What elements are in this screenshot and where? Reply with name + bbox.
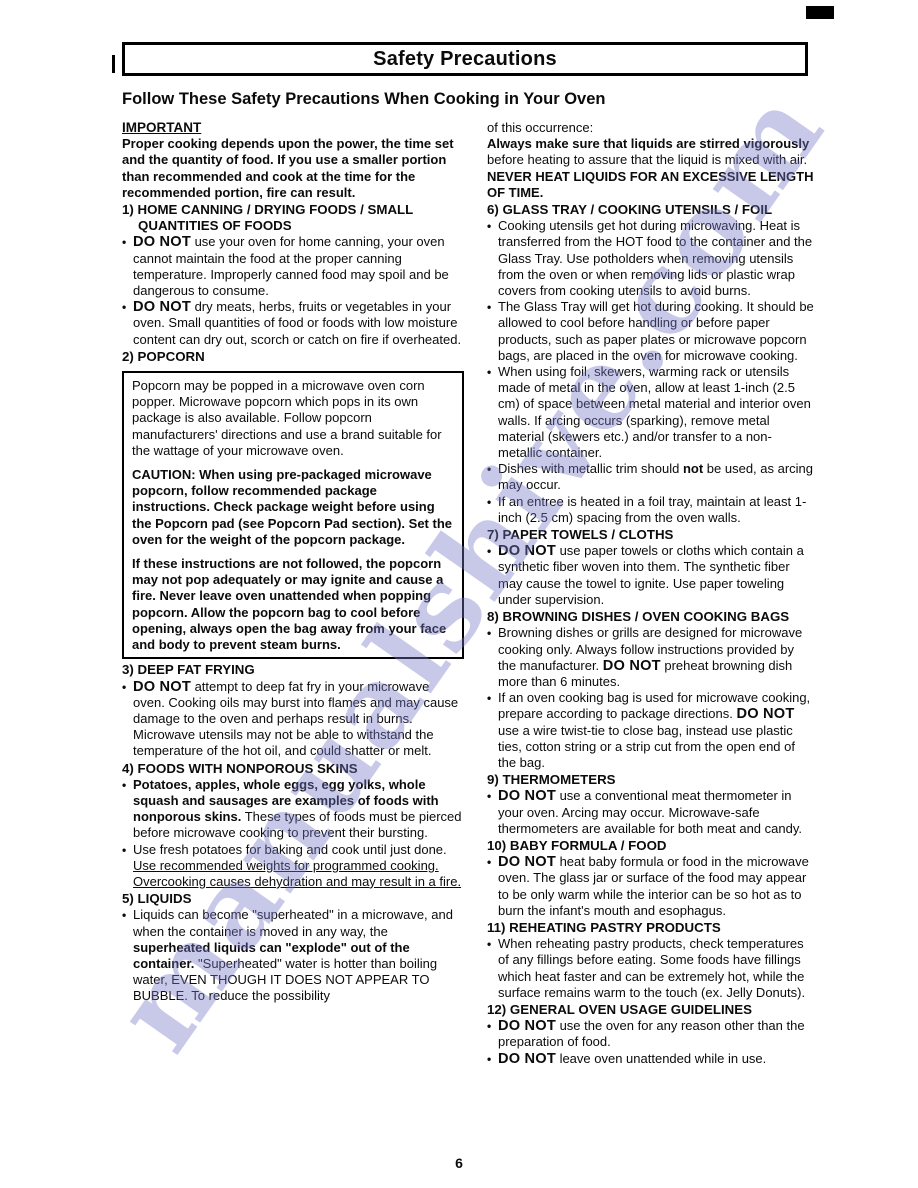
bullet-item: •DO NOT use your oven for home canning, … bbox=[122, 234, 464, 299]
bullet-item: •When reheating pastry products, check t… bbox=[487, 936, 814, 1001]
page-title: Safety Precautions bbox=[373, 48, 557, 71]
text-segment: DO NOT bbox=[498, 1018, 556, 1034]
text-segment: Use recommended weights for programmed c… bbox=[133, 858, 461, 889]
bullet-item: •Use fresh potatoes for baking and cook … bbox=[122, 842, 464, 891]
bullet-item: •DO NOT dry meats, herbs, fruits or vege… bbox=[122, 299, 464, 348]
numbered-section-heading: 6) GLASS TRAY / COOKING UTENSILS / FOIL bbox=[487, 202, 814, 218]
paragraph: Always make sure that liquids are stirre… bbox=[487, 136, 814, 201]
bullet-marker: • bbox=[122, 842, 126, 858]
bullet-marker: • bbox=[487, 1018, 491, 1034]
bullet-marker: • bbox=[487, 788, 491, 804]
numbered-section-heading: 3) DEEP FAT FRYING bbox=[122, 662, 464, 678]
box-paragraph: Popcorn may be popped in a microwave ove… bbox=[132, 378, 454, 459]
bullet-marker: • bbox=[487, 364, 491, 380]
bullet-item: •DO NOT attempt to deep fat fry in your … bbox=[122, 679, 464, 760]
text-segment: DO NOT bbox=[498, 788, 556, 804]
text-segment: DO NOT bbox=[498, 1051, 556, 1067]
bullet-marker: • bbox=[122, 299, 126, 315]
text-segment: of this occurrence: bbox=[487, 120, 593, 135]
text-segment: When using foil, skewers, warming rack o… bbox=[498, 364, 811, 460]
numbered-section-heading: 1) HOME CANNING / DRYING FOODS / SMALL Q… bbox=[122, 202, 464, 234]
bullet-item: •DO NOT use the oven for any reason othe… bbox=[487, 1018, 814, 1050]
text-segment: The Glass Tray will get hot during cooki… bbox=[498, 299, 814, 363]
text-segment: before heating to assure that the liquid… bbox=[487, 152, 807, 167]
bullet-item: •If an entree is heated in a foil tray, … bbox=[487, 494, 814, 526]
bullet-item: •DO NOT heat baby formula or food in the… bbox=[487, 854, 814, 919]
bullet-marker: • bbox=[487, 625, 491, 641]
page-number: 6 bbox=[0, 1155, 918, 1171]
bullet-marker: • bbox=[122, 777, 126, 793]
paragraph: Proper cooking depends upon the power, t… bbox=[122, 136, 464, 201]
bullet-item: •Dishes with metallic trim should not be… bbox=[487, 461, 814, 493]
numbered-section-heading: 8) BROWNING DISHES / OVEN COOKING BAGS bbox=[487, 609, 814, 625]
numbered-section-heading: 10) BABY FORMULA / FOOD bbox=[487, 838, 814, 854]
text-segment: DO NOT bbox=[498, 854, 556, 870]
text-segment: Cooking utensils get hot during microwav… bbox=[498, 218, 812, 298]
bullet-marker: • bbox=[487, 218, 491, 234]
bullet-marker: • bbox=[122, 234, 126, 250]
bullet-marker: • bbox=[487, 299, 491, 315]
bullet-item: •When using foil, skewers, warming rack … bbox=[487, 364, 814, 461]
bullet-marker: • bbox=[487, 461, 491, 477]
bullet-marker: • bbox=[122, 907, 126, 923]
text-segment: CAUTION: When using pre-packaged microwa… bbox=[132, 467, 452, 547]
bullet-item: •Cooking utensils get hot during microwa… bbox=[487, 218, 814, 299]
text-segment: If these instructions are not followed, … bbox=[132, 556, 446, 652]
text-segment: Proper cooking depends upon the power, t… bbox=[122, 136, 454, 200]
numbered-section-heading: 11) REHEATING PASTRY PRODUCTS bbox=[487, 920, 814, 936]
text-segment: DO NOT bbox=[133, 679, 191, 695]
bullet-marker: • bbox=[487, 854, 491, 870]
bullet-item: •DO NOT use a conventional meat thermome… bbox=[487, 788, 814, 837]
scan-artifact-top-right bbox=[806, 6, 834, 19]
numbered-section-heading: 9) THERMOMETERS bbox=[487, 772, 814, 788]
bullet-item: •Liquids can become "superheated" in a m… bbox=[122, 907, 464, 1004]
bullet-item: •DO NOT use paper towels or cloths which… bbox=[487, 543, 814, 608]
text-segment: NEVER HEAT LIQUIDS FOR AN EXCESSIVE LENG… bbox=[487, 169, 813, 200]
popcorn-caution-box: Popcorn may be popped in a microwave ove… bbox=[122, 371, 464, 659]
bullet-item: •DO NOT leave oven unattended while in u… bbox=[487, 1051, 814, 1067]
bullet-marker: • bbox=[487, 1051, 491, 1067]
two-column-body: IMPORTANTProper cooking depends upon the… bbox=[122, 120, 814, 1067]
bullet-marker: • bbox=[487, 690, 491, 706]
numbered-section-heading: 4) FOODS WITH NONPOROUS SKINS bbox=[122, 761, 464, 777]
text-segment: leave oven unattended while in use. bbox=[556, 1051, 766, 1066]
scan-artifact-left-edge bbox=[112, 55, 115, 73]
numbered-section-heading: 7) PAPER TOWELS / CLOTHS bbox=[487, 527, 814, 543]
box-paragraph: If these instructions are not followed, … bbox=[132, 556, 454, 653]
text-segment: If an entree is heated in a foil tray, m… bbox=[498, 494, 806, 525]
bullet-item: •The Glass Tray will get hot during cook… bbox=[487, 299, 814, 364]
text-segment: Popcorn may be popped in a microwave ove… bbox=[132, 378, 442, 458]
paragraph: of this occurrence: bbox=[487, 120, 814, 136]
text-segment: When reheating pastry products, check te… bbox=[498, 936, 805, 1000]
bullet-marker: • bbox=[487, 936, 491, 952]
text-segment: DO NOT bbox=[603, 658, 661, 674]
text-segment: DO NOT bbox=[498, 543, 556, 559]
text-segment: Use fresh potatoes for baking and cook u… bbox=[133, 842, 447, 857]
bullet-item: •Potatoes, apples, whole eggs, egg yolks… bbox=[122, 777, 464, 842]
numbered-section-heading: 2) POPCORN bbox=[122, 349, 464, 365]
text-segment: DO NOT bbox=[736, 706, 794, 722]
bullet-marker: • bbox=[487, 543, 491, 559]
numbered-section-heading: 5) LIQUIDS bbox=[122, 891, 464, 907]
left-column: IMPORTANTProper cooking depends upon the… bbox=[122, 120, 464, 1067]
text-segment: Liquids can become "superheated" in a mi… bbox=[133, 907, 453, 938]
section-main-heading: Follow These Safety Precautions When Coo… bbox=[122, 90, 812, 109]
bullet-item: •Browning dishes or grills are designed … bbox=[487, 625, 814, 690]
text-segment: use a wire twist-tie to close bag, inste… bbox=[498, 723, 795, 770]
bullet-item: •If an oven cooking bag is used for micr… bbox=[487, 690, 814, 771]
title-box: Safety Precautions bbox=[122, 42, 808, 76]
text-segment: Dishes with metallic trim should bbox=[498, 461, 683, 476]
box-paragraph: CAUTION: When using pre-packaged microwa… bbox=[132, 467, 454, 548]
bullet-marker: • bbox=[122, 679, 126, 695]
text-segment: not bbox=[683, 461, 703, 476]
bullet-marker: • bbox=[487, 494, 491, 510]
text-segment: DO NOT bbox=[133, 299, 191, 315]
right-column: of this occurrence:Always make sure that… bbox=[487, 120, 814, 1067]
important-label: IMPORTANT bbox=[122, 120, 464, 136]
text-segment: DO NOT bbox=[133, 234, 191, 250]
text-segment: Always make sure that liquids are stirre… bbox=[487, 136, 809, 151]
numbered-section-heading: 12) GENERAL OVEN USAGE GUIDELINES bbox=[487, 1002, 814, 1018]
